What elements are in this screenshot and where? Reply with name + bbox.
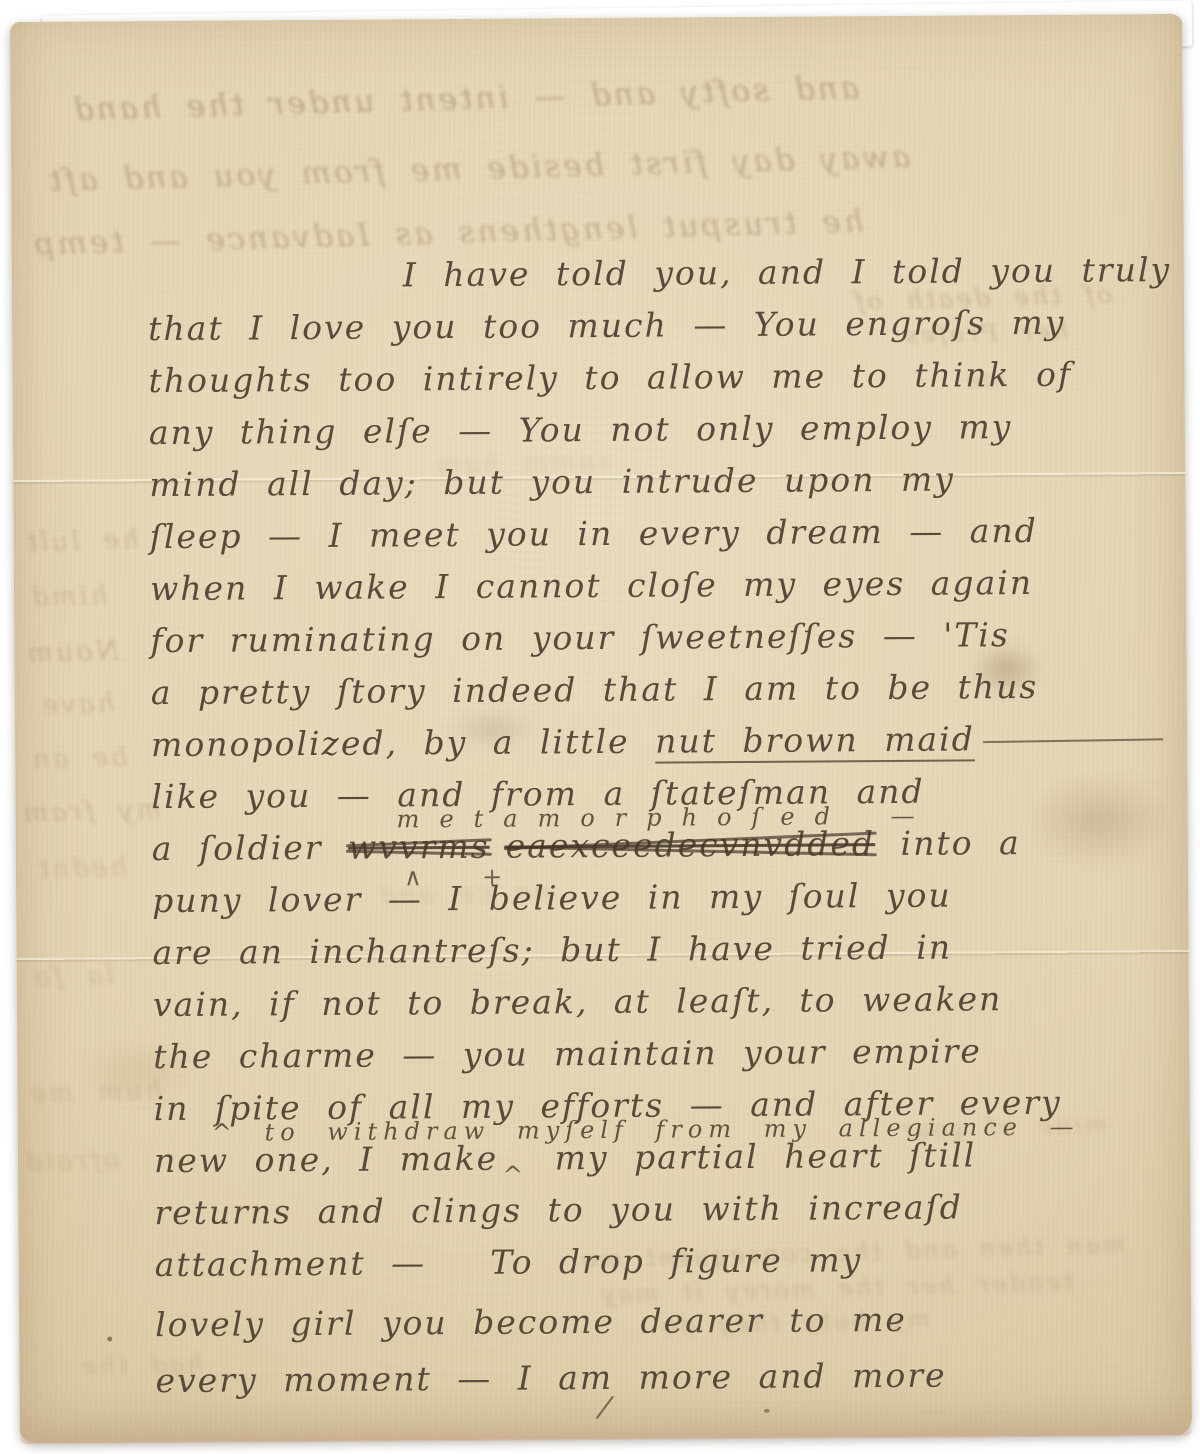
bleedthrough-ghost-text: la fo	[31, 961, 114, 993]
letter-line-02: that I love you too much — You engroſs m…	[148, 302, 1160, 361]
line-text: that I love you too much — You engroſs m…	[148, 303, 1065, 348]
line-text: any thing elſe — You not only employ my	[149, 407, 1013, 452]
letter-line-14: are an inchantreſs; but I have tried in	[152, 926, 1164, 985]
bleedthrough-ghost-text: and softy and — intent under the hand	[70, 70, 859, 128]
letter-line-01: I have told you, and I told you truly	[148, 250, 1160, 309]
letter-line-16: the charme — you maintain your empire	[153, 1030, 1165, 1089]
bleedthrough-ghost-text: away day first beside me from you and af…	[46, 139, 911, 199]
letter-paper: and softy and — intent under the handawa…	[10, 14, 1192, 1443]
line-text: monopolized, by a little	[151, 722, 655, 765]
line-text: are an inchantreſs; but I have tried in	[152, 928, 952, 973]
line-text: the charme — you maintain your empire	[153, 1031, 982, 1076]
bleedthrough-ghost-text: be an	[30, 742, 128, 775]
line-text: vain, if not to break, at leaſt, to weak…	[153, 979, 1003, 1024]
line-text: every moment — I am more and more	[155, 1356, 946, 1401]
letter-line-15: vain, if not to break, at leaſt, to weak…	[153, 978, 1165, 1037]
bleedthrough-ghost-text: he lult	[23, 525, 139, 558]
letter-line-22: every moment — I am more and more	[155, 1354, 1167, 1413]
bleedthrough-ghost-text: Noum	[24, 635, 120, 669]
ink-rule	[983, 738, 1163, 743]
letter-line-12: a ſoldier wvvrmseaexceedecvnvdded into a…	[152, 822, 1164, 881]
line-text: attachment —	[155, 1243, 427, 1284]
letter-line-20: attachment —To drop figure my	[155, 1238, 1167, 1297]
letter-line-07: when I wake I cannot cloſe my eyes again	[150, 562, 1162, 621]
line-text: mind all day; but you intrude upon my	[149, 460, 955, 505]
interline-insertion: metamorphoſed —	[397, 802, 935, 834]
letter-line-13: puny lover — I believe in my ſoul you	[152, 874, 1164, 933]
letter-line-05: mind all day; but you intrude upon my	[149, 458, 1161, 517]
caret-mark: ^	[502, 1161, 525, 1190]
bottom-ink-dot	[764, 1409, 770, 1413]
line-text: when I wake I cannot cloſe my eyes again	[150, 563, 1033, 608]
letter-line-06: ſleep — I meet you in every dream — and	[150, 510, 1162, 569]
line-text: To drop figure my	[490, 1240, 862, 1282]
bleedthrough-ghost-text: have	[39, 689, 114, 721]
letter-text: I have told you, and I told you trulytha…	[148, 250, 1168, 1413]
letter-line-04: any thing elſe — You not only employ my	[149, 406, 1161, 465]
bleedthrough-ghost-text: hum me	[27, 1076, 162, 1110]
letter-line-08: for ruminating on your ſweetneſſes — 'Ti…	[150, 614, 1162, 673]
bleedthrough-ghost-text: my fram	[20, 795, 162, 829]
line-text: a ſoldier	[152, 828, 349, 868]
line-text: lovely girl you become dearer to me	[155, 1300, 907, 1344]
letter-line-10: monopolized, by a little nut brown maid	[151, 718, 1163, 777]
letter-line-19: returns and clings to you with increaſd	[154, 1186, 1166, 1245]
letter-line-21: lovely girl you become dearer to me	[155, 1298, 1167, 1357]
bleedthrough-ghost-text: hednt	[36, 852, 128, 885]
letter-line-18: new one, I make^ my partial heart ſtill^…	[154, 1134, 1166, 1193]
line-text: I have told you, and I told you truly	[403, 250, 1172, 294]
bleedthrough-ghost-text: ofraid	[23, 1145, 120, 1178]
letter-line-03: thoughts too intirely to allow me to thi…	[148, 354, 1160, 413]
letter-line-09: a pretty ſtory indeed that I am to be th…	[151, 666, 1163, 725]
line-text: puny lover — I believe in my ſoul you	[152, 876, 952, 921]
line-text: a pretty ſtory indeed that I am to be th…	[151, 667, 1039, 712]
line-text: returns and clings to you with increaſd	[154, 1187, 963, 1232]
bleedthrough-ghost-text: himd	[29, 581, 108, 613]
line-text: ſleep — I meet you in every dream — and	[150, 511, 1038, 556]
line-text: for ruminating on your ſweetneſſes — 'Ti…	[150, 615, 1010, 660]
ink-speck	[107, 1336, 112, 1341]
scanned-letter-page: and softy and — intent under the handawa…	[0, 0, 1200, 1454]
line-text: thoughts too intirely to allow me to thi…	[148, 355, 1072, 400]
underlined-phrase: nut brown maid	[655, 719, 975, 760]
